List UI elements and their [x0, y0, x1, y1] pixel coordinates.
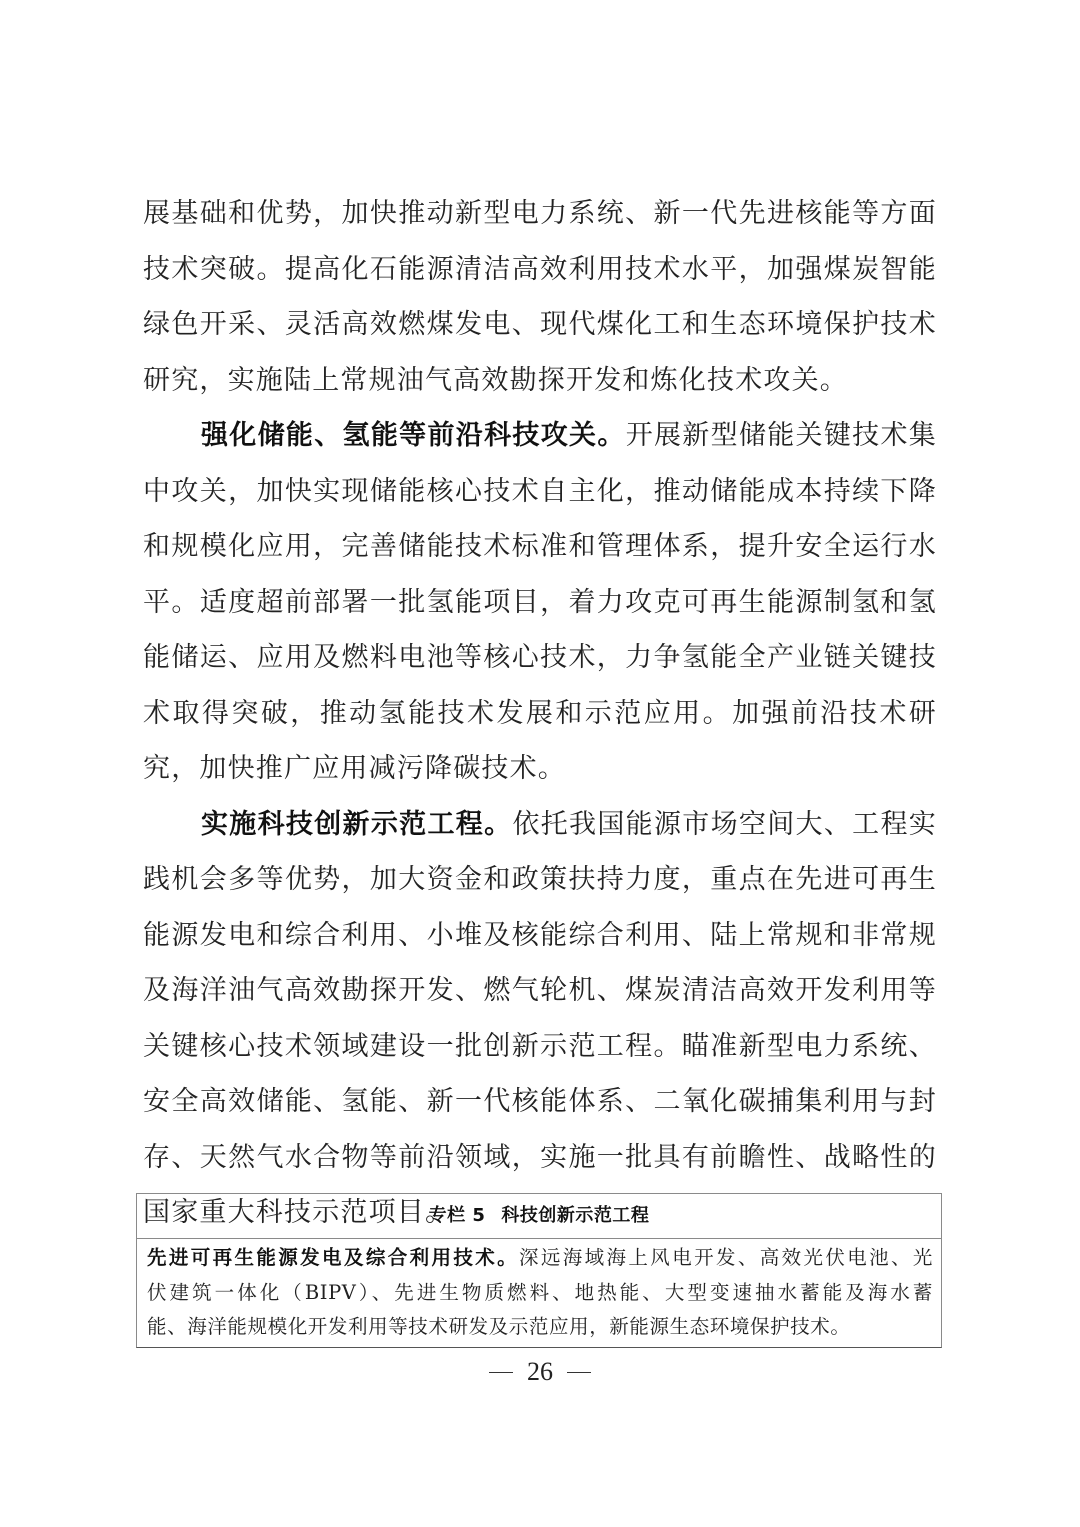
text-line: 及海洋油气高效勘探开发、燃气轮机、煤炭清洁高效开发利用等 — [143, 963, 937, 1019]
box-text-line: 能、海洋能规模化开发利用等技术研发及示范应用，新能源生态环境保护技术。 — [147, 1310, 933, 1345]
document-page: 展基础和优势，加快推动新型电力系统、新一代先进核能等方面 技术突破。提高化石能源… — [0, 0, 1080, 1527]
box-title: 专栏 5科技创新示范工程 — [137, 1194, 941, 1239]
box-lead-heading: 先进可再生能源发电及综合利用技术。 — [147, 1246, 519, 1269]
text-line: 技术突破。提高化石能源清洁高效利用技术水平，加强煤炭智能 — [143, 242, 937, 298]
page-number: 26 — [0, 1357, 1080, 1387]
box-title-text: 科技创新示范工程 — [501, 1205, 649, 1226]
text-line: 能源发电和综合利用、小堆及核能综合利用、陆上常规和非常规 — [143, 908, 937, 964]
box-content: 先进可再生能源发电及综合利用技术。深远海域海上风电开发、高效光伏电池、光 伏建筑… — [137, 1239, 941, 1345]
box-text-line: 先进可再生能源发电及综合利用技术。深远海域海上风电开发、高效光伏电池、光 — [147, 1241, 933, 1276]
paragraph-2: 强化储能、氢能等前沿科技攻关。开展新型储能关键技术集 中攻关，加快实现储能核心技… — [143, 408, 937, 797]
text-line: 展基础和优势，加快推动新型电力系统、新一代先进核能等方面 — [143, 186, 937, 242]
text-line: 能储运、应用及燃料电池等核心技术，力争氢能全产业链关键技 — [143, 630, 937, 686]
text-line: 践机会多等优势，加大资金和政策扶持力度，重点在先进可再生 — [143, 852, 937, 908]
text-line: 中攻关，加快实现储能核心技术自主化，推动储能成本持续下降 — [143, 464, 937, 520]
text-segment: 依托我国能源市场空间大、工程实 — [512, 809, 937, 840]
text-line: 实施科技创新示范工程。依托我国能源市场空间大、工程实 — [143, 797, 937, 853]
page-number-value: 26 — [527, 1357, 553, 1386]
text-line: 和规模化应用，完善储能技术标准和管理体系，提升安全运行水 — [143, 519, 937, 575]
dash-right-decoration — [567, 1372, 591, 1373]
text-line: 强化储能、氢能等前沿科技攻关。开展新型储能关键技术集 — [143, 408, 937, 464]
text-line: 存、天然气水合物等前沿领域，实施一批具有前瞻性、战略性的 — [143, 1130, 937, 1186]
text-line: 平。适度超前部署一批氢能项目，着力攻克可再生能源制氢和氢 — [143, 575, 937, 631]
sidebar-box-column: 专栏 5科技创新示范工程 先进可再生能源发电及综合利用技术。深远海域海上风电开发… — [136, 1193, 942, 1348]
body-text: 展基础和优势，加快推动新型电力系统、新一代先进核能等方面 技术突破。提高化石能源… — [143, 186, 937, 1241]
text-segment: 开展新型储能关键技术集 — [626, 420, 937, 451]
text-line: 究，加快推广应用减污降碳技术。 — [143, 741, 937, 797]
box-text-line: 伏建筑一体化（BIPV）、先进生物质燃料、地热能、大型变速抽水蓄能及海水蓄 — [147, 1276, 933, 1311]
text-line: 研究，实施陆上常规油气高效勘探开发和炼化技术攻关。 — [143, 353, 937, 409]
box-label: 专栏 5 — [429, 1205, 486, 1226]
paragraph-3: 实施科技创新示范工程。依托我国能源市场空间大、工程实 践机会多等优势，加大资金和… — [143, 797, 937, 1241]
paragraph-lead-heading: 实施科技创新示范工程。 — [201, 809, 512, 840]
dash-left-decoration — [489, 1372, 513, 1373]
paragraph-1: 展基础和优势，加快推动新型电力系统、新一代先进核能等方面 技术突破。提高化石能源… — [143, 186, 937, 408]
text-line: 关键核心技术领域建设一批创新示范工程。瞄准新型电力系统、 — [143, 1019, 937, 1075]
text-line: 绿色开采、灵活高效燃煤发电、现代煤化工和生态环境保护技术 — [143, 297, 937, 353]
text-segment: 深远海域海上风电开发、高效光伏电池、光 — [519, 1246, 933, 1269]
paragraph-lead-heading: 强化储能、氢能等前沿科技攻关。 — [201, 420, 626, 451]
text-line: 术取得突破，推动氢能技术发展和示范应用。加强前沿技术研 — [143, 686, 937, 742]
text-line: 安全高效储能、氢能、新一代核能体系、二氧化碳捕集利用与封 — [143, 1074, 937, 1130]
